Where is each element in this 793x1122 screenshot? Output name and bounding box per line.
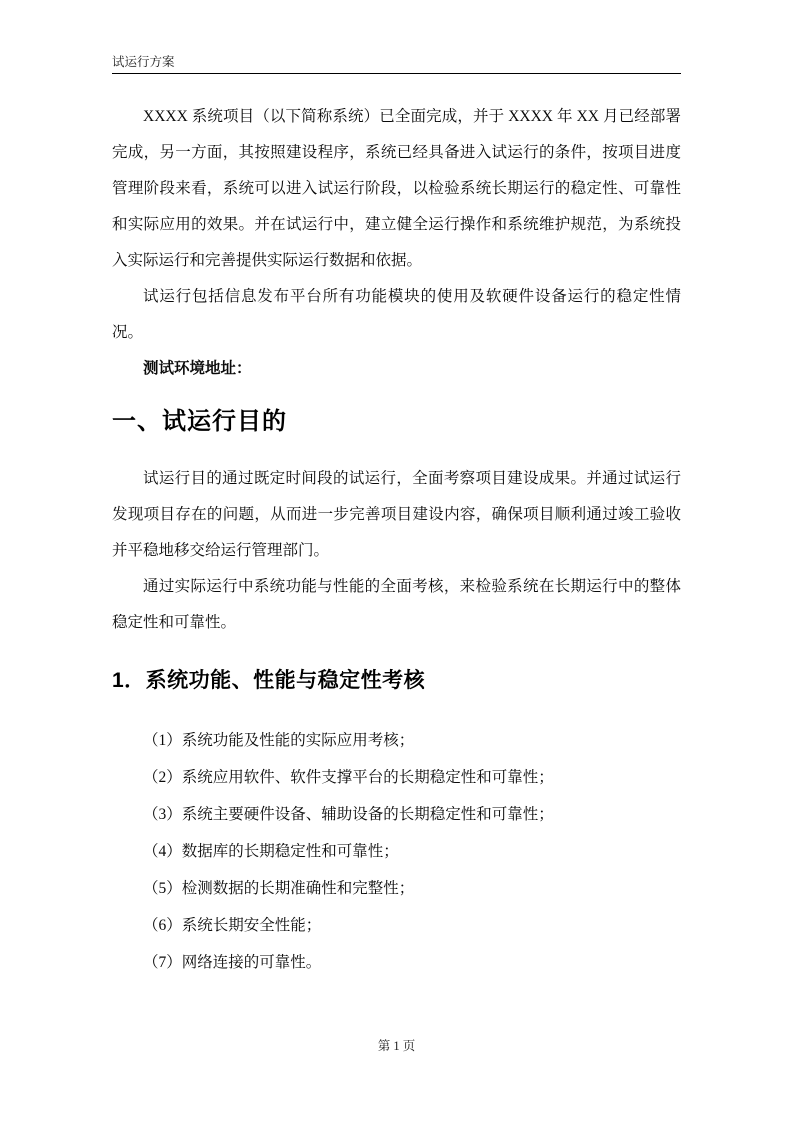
page-header: 试运行方案 (112, 54, 681, 74)
header-title: 试运行方案 (112, 55, 175, 69)
section1-sub1-heading: 1．系统功能、性能与稳定性考核 (112, 661, 681, 701)
list-item-1: （1）系统功能及性能的实际应用考核； (112, 722, 681, 759)
section1-heading: 一、试运行目的 (112, 401, 681, 443)
section1-paragraph-2: 通过实际运行中系统功能与性能的全面考核，来检验系统在长期运行中的整体稳定性和可靠… (112, 569, 681, 641)
document-page: 试运行方案 XXXX 系统项目（以下简称系统）已全面完成，并于 XXXX 年 X… (0, 0, 793, 1122)
section1-paragraph-1: 试运行目的通过既定时间段的试运行，全面考察项目建设成果。并通过试运行发现项目存在… (112, 461, 681, 569)
list-item-4: （4）数据库的长期稳定性和可靠性； (112, 833, 681, 870)
list-item-6: （6）系统长期安全性能； (112, 907, 681, 944)
document-body: XXXX 系统项目（以下简称系统）已全面完成，并于 XXXX 年 XX 月已经部… (112, 99, 681, 981)
page-number: 第 1 页 (378, 1039, 416, 1053)
list-item-7: （7）网络连接的可靠性。 (112, 944, 681, 981)
list-item-3: （3）系统主要硬件设备、辅助设备的长期稳定性和可靠性； (112, 796, 681, 833)
paragraph-intro-1: XXXX 系统项目（以下简称系统）已全面完成，并于 XXXX 年 XX 月已经部… (112, 99, 681, 279)
test-env-address-label: 测试环境地址： (112, 351, 681, 387)
list-item-5: （5）检测数据的长期准确性和完整性； (112, 870, 681, 907)
assessment-item-list: （1）系统功能及性能的实际应用考核； （2）系统应用软件、软件支撑平台的长期稳定… (112, 722, 681, 981)
list-item-2: （2）系统应用软件、软件支撑平台的长期稳定性和可靠性； (112, 759, 681, 796)
paragraph-intro-2: 试运行包括信息发布平台所有功能模块的使用及软硬件设备运行的稳定性情况。 (112, 279, 681, 351)
page-footer: 第 1 页 (0, 1036, 793, 1054)
